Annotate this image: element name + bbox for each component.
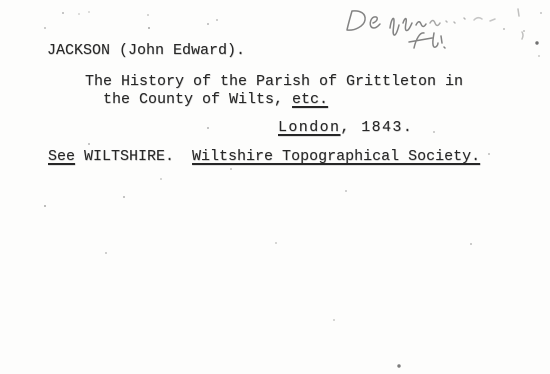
title-line-2-text: the County of Wilts,: [103, 91, 292, 108]
pencil-stroke: [416, 22, 426, 27]
pencil-stroke: [390, 18, 399, 35]
author-heading: JACKSON (John Edward).: [47, 42, 245, 60]
paper-specks: [0, 0, 2, 2]
see-main-heading: WILTSHIRE.: [75, 148, 192, 165]
title-line-1: The History of the Parish of Grittleton …: [85, 73, 463, 91]
pencil-stroke: [433, 33, 438, 47]
see-reference-line: See WILTSHIRE. Wiltshire Topographical S…: [48, 148, 480, 166]
see-word-underlined: See: [48, 148, 75, 165]
handwritten-annotation: [340, 2, 530, 54]
imprint-date: , 1843.: [340, 119, 413, 136]
pencil-stroke: [518, 9, 523, 39]
pencil-stroke: [409, 33, 432, 48]
pencil-stroke: [441, 36, 445, 48]
pencil-stroke: [347, 11, 365, 30]
pencil-stroke: [430, 21, 440, 26]
imprint-place-underlined: London: [278, 119, 340, 136]
imprint-line: London, 1843.: [278, 119, 413, 137]
title-etc-underlined: etc.: [292, 91, 328, 108]
pencil-stroke: [446, 18, 465, 23]
title-line-2: the County of Wilts, etc.: [103, 91, 328, 109]
catalog-card: JACKSON (John Edward). The History of th…: [0, 0, 550, 374]
pencil-stroke: [474, 18, 495, 21]
pencil-stroke: [403, 19, 412, 31]
see-sub-heading-underlined: Wiltshire Topographical Society.: [192, 148, 480, 165]
pencil-stroke: [370, 17, 380, 28]
